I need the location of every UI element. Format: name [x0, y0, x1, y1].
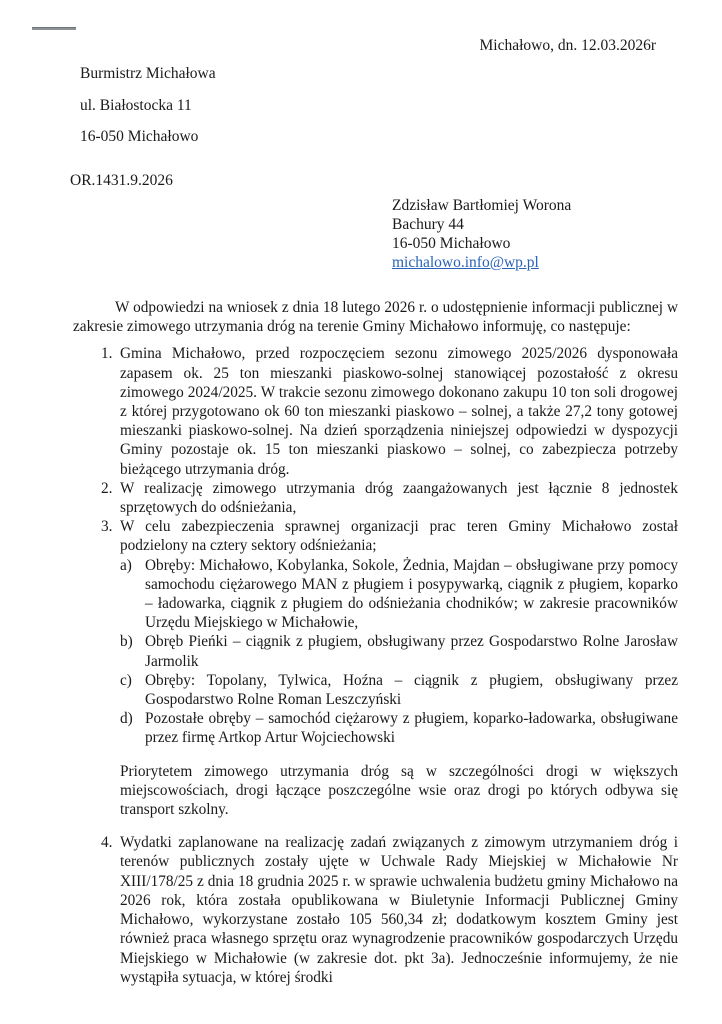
item-number: 3. — [101, 517, 112, 536]
priority-note: Priorytetem zimowego utrzymania dróg są … — [120, 762, 678, 820]
item-number: 1. — [101, 344, 112, 363]
intro-paragraph: W odpowiedzi na wniosek z dnia 18 lutego… — [73, 298, 678, 336]
sector-item-a: a) Obręby: Michałowo, Kobylanka, Sokole,… — [120, 556, 678, 633]
recipient-city: 16-050 Michałowo — [392, 234, 571, 253]
recipient-address: Zdzisław Bartłomiej Worona Bachury 44 16… — [392, 196, 571, 272]
sector-item-d: d) Pozostałe obręby – samochód ciężarowy… — [120, 709, 678, 747]
sector-text: Obręby: Topolany, Tylwica, Hoźna – ciągn… — [145, 672, 678, 708]
sector-letter: d) — [120, 709, 133, 728]
sector-letter: a) — [120, 556, 132, 575]
staple-mark — [32, 27, 76, 30]
item-text: Gmina Michałowo, przed rozpoczęciem sezo… — [120, 345, 678, 477]
item-number: 4. — [101, 833, 112, 852]
sector-letter: b) — [120, 632, 133, 651]
item-text: W realizację zimowego utrzymania dróg za… — [120, 480, 678, 516]
sector-letter: c) — [120, 671, 132, 690]
sector-text: Obręb Pieńki – ciągnik z pługiem, obsług… — [145, 633, 678, 669]
sector-item-c: c) Obręby: Topolany, Tylwica, Hoźna – ci… — [120, 671, 678, 709]
sender-street: ul. Białostocka 11 — [80, 90, 216, 122]
sender-address: Burmistrz Michałowa ul. Białostocka 11 1… — [80, 58, 216, 153]
letter-body: W odpowiedzi na wniosek z dnia 18 lutego… — [73, 298, 678, 987]
sector-text: Obręby: Michałowo, Kobylanka, Sokole, Że… — [145, 557, 678, 632]
sector-text: Pozostałe obręby – samochód ciężarowy z … — [145, 710, 678, 746]
recipient-street: Bachury 44 — [392, 215, 571, 234]
item-text: W celu zabezpieczenia sprawnej organizac… — [120, 518, 678, 554]
list-item-4: 4. Wydatki zaplanowane na realizację zad… — [73, 833, 678, 987]
reference-number: OR.1431.9.2026 — [70, 172, 173, 190]
sector-item-b: b) Obręb Pieńki – ciągnik z pługiem, obs… — [120, 632, 678, 670]
sender-name: Burmistrz Michałowa — [80, 58, 216, 90]
place-and-date: Michałowo, dn. 12.03.2026r — [479, 37, 656, 55]
sector-list: a) Obręby: Michałowo, Kobylanka, Sokole,… — [120, 556, 678, 748]
numbered-list: 1. Gmina Michałowo, przed rozpoczęciem s… — [73, 344, 678, 987]
recipient-name: Zdzisław Bartłomiej Worona — [392, 196, 571, 215]
recipient-email-link[interactable]: michalowo.info@wp.pl — [392, 254, 539, 271]
list-item-1: 1. Gmina Michałowo, przed rozpoczęciem s… — [73, 344, 678, 478]
list-item-3: 3. W celu zabezpieczenia sprawnej organi… — [73, 517, 678, 819]
item-text: Wydatki zaplanowane na realizację zadań … — [120, 834, 678, 985]
sender-city: 16-050 Michałowo — [80, 121, 216, 153]
list-item-2: 2. W realizację zimowego utrzymania dróg… — [73, 479, 678, 517]
item-number: 2. — [101, 479, 112, 498]
